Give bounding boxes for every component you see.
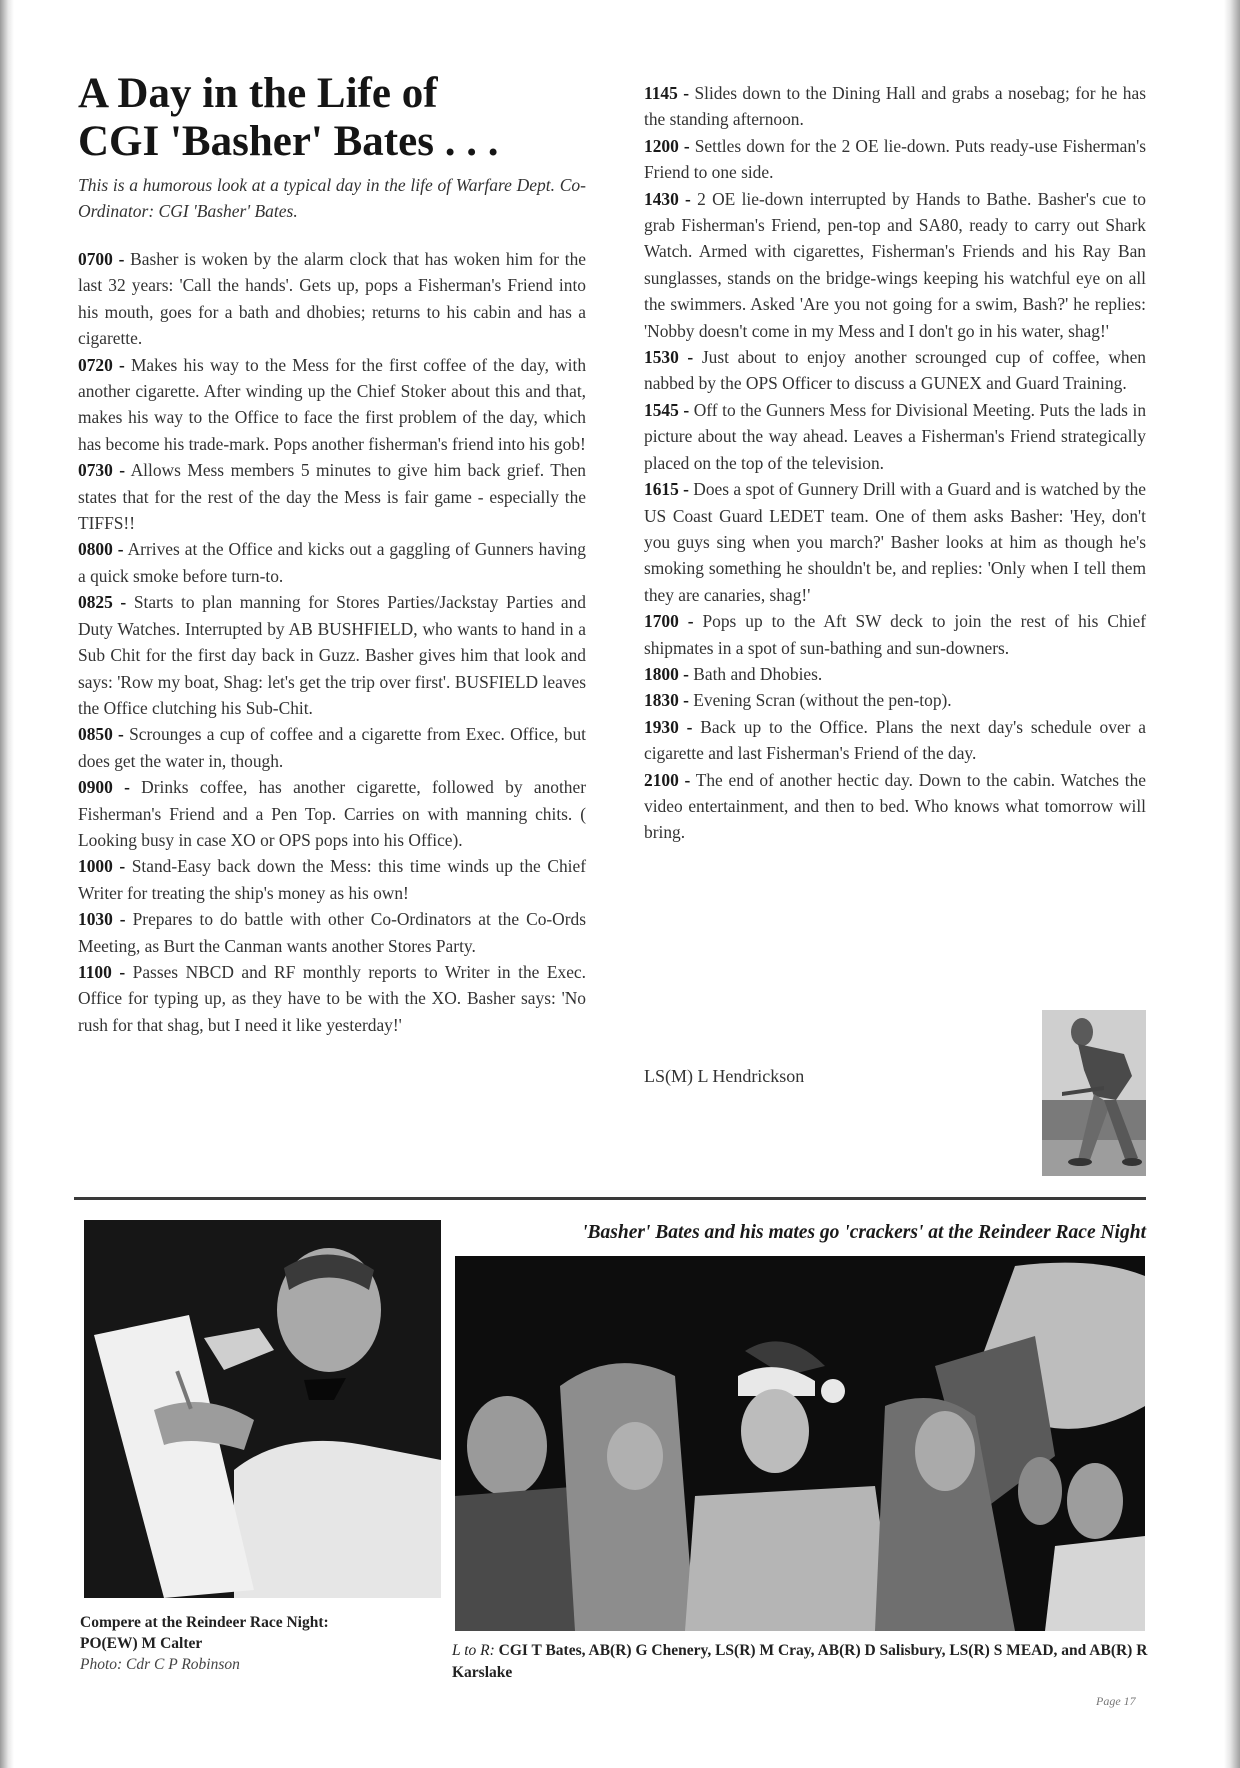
article-title-line-1: A Day in the Life of [78,70,438,117]
entry-time: 1200 - [644,136,690,156]
knight-in-armour-image [1042,1010,1146,1176]
entry-time: 1000 - [78,856,125,876]
entry-time: 1830 - [644,690,689,710]
timeline-entry: 1530 - Just about to enjoy another scrou… [644,344,1146,397]
timeline-entry: 0900 - Drinks coffee, has another cigare… [78,774,586,853]
byline-area: LS(M) L Hendrickson [644,1008,1146,1176]
entry-time: 2100 - [644,770,690,790]
section-divider [74,1197,1146,1200]
article-title-line-2: CGI 'Basher' Bates . . . [78,118,498,165]
entry-time: 1145 - [644,83,689,103]
entry-text: Evening Scran (without the pen-top). [689,690,952,710]
entry-text: Drinks coffee, has another cigarette, fo… [78,777,586,850]
article-title: A Day in the Life of CGI 'Basher' Bates … [78,70,586,166]
compere-photo [84,1220,441,1598]
entry-time: 1930 - [644,717,692,737]
timeline-entry: 1930 - Back up to the Office. Plans the … [644,714,1146,767]
timeline-entry: 0850 - Scrounges a cup of coffee and a c… [78,721,586,774]
compere-photo-caption: Compere at the Reindeer Race Night: PO(E… [80,1612,450,1675]
entry-text: The end of another hectic day. Down to t… [644,770,1146,843]
timeline-entry: 1200 - Settles down for the 2 OE lie-dow… [644,133,1146,186]
entry-text: Passes NBCD and RF monthly reports to Wr… [78,962,586,1035]
entry-time: 1545 - [644,400,689,420]
entry-text: Basher is woken by the alarm clock that … [78,249,586,348]
entry-text: Arrives at the Office and kicks out a ga… [78,539,586,585]
timeline-entries-left: 0700 - Basher is woken by the alarm cloc… [78,246,586,1038]
timeline-entry: 0730 - Allows Mess members 5 minutes to … [78,457,586,536]
entry-text: Just about to enjoy another scrounged cu… [644,347,1146,393]
entry-text: Bath and Dhobies. [689,664,822,684]
timeline-entry: 0800 - Arrives at the Office and kicks o… [78,536,586,589]
article-left-column: A Day in the Life of CGI 'Basher' Bates … [78,70,586,1038]
entry-time: 0825 - [78,592,126,612]
article-subtitle: This is a humorous look at a typical day… [78,172,586,224]
entry-text: Does a spot of Gunnery Drill with a Guar… [644,479,1146,605]
entry-time: 1100 - [78,962,125,982]
timeline-entry: 1545 - Off to the Gunners Mess for Divis… [644,397,1146,476]
entry-time: 0720 - [78,355,125,375]
group-photo-caption: L to R: CGI T Bates, AB(R) G Chenery, LS… [452,1640,1152,1684]
timeline-entry: 1700 - Pops up to the Aft SW deck to joi… [644,608,1146,661]
entry-text: Back up to the Office. Plans the next da… [644,717,1146,763]
entry-time: 0900 - [78,777,130,797]
reindeer-race-group-photo [455,1256,1145,1631]
page-scan-shadow-right [1224,0,1240,1768]
entry-text: Pops up to the Aft SW deck to join the r… [644,611,1146,657]
entry-text: Slides down to the Dining Hall and grabs… [644,83,1146,129]
timeline-entry: 2100 - The end of another hectic day. Do… [644,767,1146,846]
timeline-entry: 1100 - Passes NBCD and RF monthly report… [78,959,586,1038]
entry-text: Settles down for the 2 OE lie-down. Puts… [644,136,1146,182]
timeline-entry: 0825 - Starts to plan manning for Stores… [78,589,586,721]
entry-time: 1030 - [78,909,126,929]
entry-time: 1430 - [644,189,691,209]
entry-time: 1530 - [644,347,693,367]
timeline-entry: 1615 - Does a spot of Gunnery Drill with… [644,476,1146,608]
timeline-entry: 1030 - Prepares to do battle with other … [78,906,586,959]
entry-time: 0700 - [78,249,124,269]
timeline-entry: 1800 - Bath and Dhobies. [644,661,1146,687]
entry-text: Scrounges a cup of coffee and a cigarett… [78,724,586,770]
timeline-entry: 1430 - 2 OE lie-down interrupted by Hand… [644,186,1146,344]
caption-title: Compere at the Reindeer Race Night: [80,1612,450,1633]
photo-credit: Photo: Cdr C P Robinson [80,1654,450,1675]
timeline-entry: 0720 - Makes his way to the Mess for the… [78,352,586,458]
entry-text: Prepares to do battle with other Co-Ordi… [78,909,586,955]
entry-text: Starts to plan manning for Stores Partie… [78,592,586,718]
entry-text: 2 OE lie-down interrupted by Hands to Ba… [644,189,1146,341]
entry-time: 1700 - [644,611,694,631]
group-photo-headline: 'Basher' Bates and his mates go 'cracker… [456,1220,1146,1246]
author-byline: LS(M) L Hendrickson [644,1066,804,1087]
entry-time: 0730 - [78,460,125,480]
entry-text: Makes his way to the Mess for the first … [78,355,586,454]
timeline-entry: 0700 - Basher is woken by the alarm cloc… [78,246,586,352]
entry-text: Allows Mess members 5 minutes to give hi… [78,460,586,533]
caption-names: CGI T Bates, AB(R) G Chenery, LS(R) M Cr… [452,1642,1147,1681]
entry-time: 0800 - [78,539,124,559]
caption-subject: PO(EW) M Calter [80,1633,450,1654]
entry-time: 0850 - [78,724,124,744]
entry-text: Off to the Gunners Mess for Divisional M… [644,400,1146,473]
page-scan-shadow-left [0,0,14,1768]
entry-text: Stand-Easy back down the Mess: this time… [78,856,586,902]
timeline-entry: 1145 - Slides down to the Dining Hall an… [644,80,1146,133]
caption-lead: L to R: [452,1642,499,1659]
entry-time: 1800 - [644,664,689,684]
article-right-column: 1145 - Slides down to the Dining Hall an… [644,80,1146,846]
entry-time: 1615 - [644,479,689,499]
timeline-entry: 1830 - Evening Scran (without the pen-to… [644,687,1146,713]
timeline-entry: 1000 - Stand-Easy back down the Mess: th… [78,853,586,906]
page-number: Page 17 [1096,1694,1136,1709]
